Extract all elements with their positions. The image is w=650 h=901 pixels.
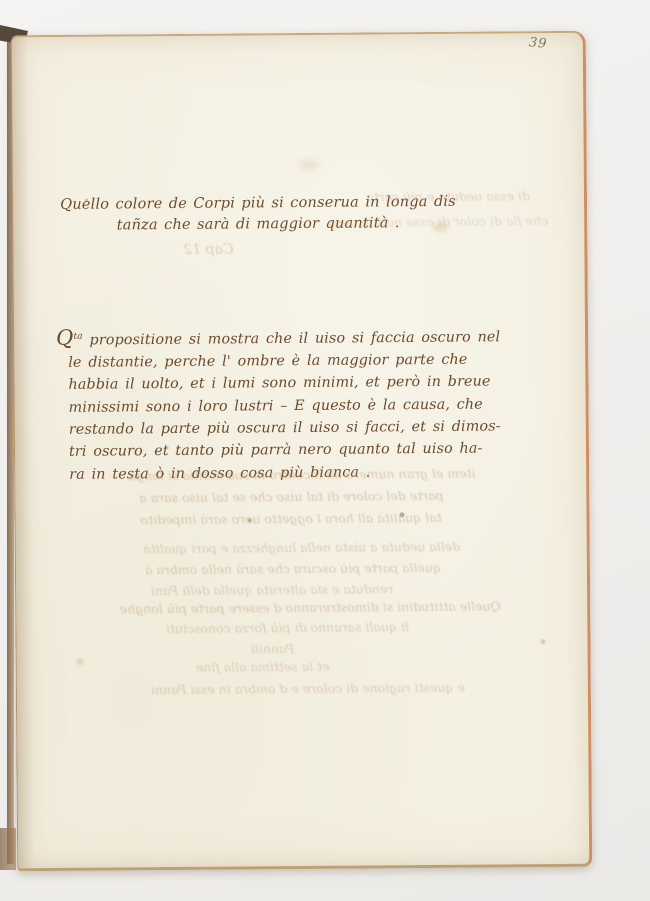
body-line: habbia il uolto, et i lumi sono minimi, … — [56, 371, 508, 397]
showthrough-line: li quali saranno di più forza conosciuti — [122, 619, 452, 637]
body-line: tri oscuro, et tanto più parrà nero quan… — [57, 438, 509, 464]
foxing-spot — [432, 222, 448, 232]
foxing-spot — [299, 159, 319, 171]
showthrough-line: tal qualità all hora l oggetto uero sarà… — [63, 509, 518, 528]
binding-foot-edge — [0, 828, 16, 870]
foxing-spot — [399, 512, 404, 517]
foxing-spot — [248, 518, 252, 522]
showthrough-line: parte del colore di tal uiso che se tal … — [71, 487, 511, 505]
showthrough-line: renduta e sia alterata quella delli Pani — [92, 581, 452, 599]
foxing-spot — [77, 659, 84, 665]
showthrough-line: Pannili — [212, 641, 332, 657]
foxing-spot — [85, 199, 88, 202]
manuscript-photograph: 39 Quello colore de Corpi più si conseru… — [0, 0, 650, 901]
body-paragraph: Qta propositione si mostra che il uiso s… — [56, 322, 509, 485]
showthrough-line: Quelle attitudini si dimostreranno d ess… — [60, 598, 560, 617]
showthrough-chapter-heading: Cap 12 — [163, 241, 253, 258]
folio-number: 39 — [528, 35, 569, 54]
showthrough-line: e questi ragione di colore e d ombra in … — [73, 679, 543, 698]
initial-superscript: ta — [73, 332, 82, 342]
gutter-shading — [12, 37, 35, 868]
body-line-text: propositione si mostra che il uiso si fa… — [89, 329, 500, 348]
body-line: Qta propositione si mostra che il uiso s… — [56, 322, 508, 352]
manuscript-page: 39 Quello colore de Corpi più si conseru… — [11, 31, 593, 871]
initial-letter: Q — [56, 326, 74, 350]
showthrough-line: di essa ueduta e più certa — [343, 188, 553, 205]
showthrough-line: et la settima alla fine — [153, 658, 373, 675]
foxing-spot — [540, 639, 545, 644]
showthrough-line: quella parte più oscura che sarà nella o… — [68, 559, 518, 578]
showthrough-line: della ueduta a uista nella lunghezza e p… — [62, 538, 542, 557]
